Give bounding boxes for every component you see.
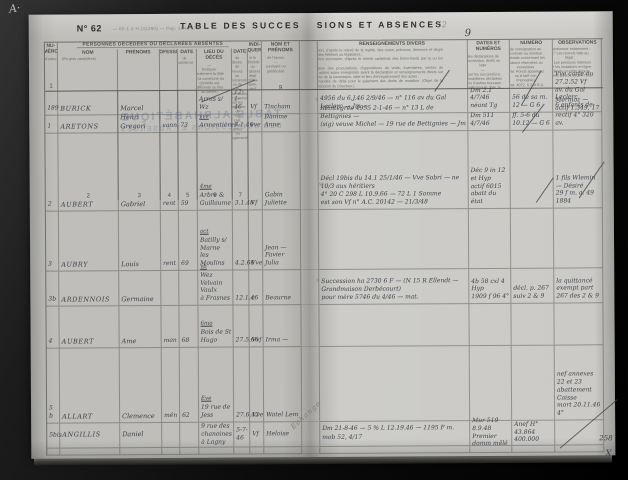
col-group-personnes-decedees: PERSONNES DÉCÉDÉES OU DÉCLARÉES ABSENTES…: [58, 41, 248, 90]
cell-renseignements: [320, 346, 470, 422]
cell-dates-numeros: Déc 9 in 12 et Hyp actif 6015 abatt du é…: [468, 131, 510, 209]
cell-date-naissance: [179, 271, 198, 306]
cell-nom: BURICK: [58, 91, 118, 115]
cell-renseignements: Succession ha 2730 6 F — (N 15 R Ellendt…: [319, 269, 469, 305]
cell-renseignements: Décl 19bis du 14.1 25/1/46 — Vve Sobri —…: [318, 131, 468, 210]
cell-epoux: Beaurne: [263, 270, 301, 305]
cell-epoux: Irma —: [263, 305, 301, 347]
cell-nom: ARETONS: [58, 115, 118, 133]
cell-observations: Mermoz — actif 1.349, 17 rectif 4° 320 a…: [553, 112, 602, 130]
cell-prenoms: Germaine: [119, 271, 161, 306]
cell-observations: nef annexes 22 et 23 abattement Caisse m…: [555, 345, 604, 420]
cell-date-deces: 12.1.46: [233, 270, 249, 305]
handwritten-nine-mark: 9: [465, 28, 471, 39]
col-header-numero-consignation: NUMÉRO de consignation au sommier ou men…: [510, 40, 553, 88]
cell-lieu-note: act: [200, 228, 231, 235]
table-row: 3b ARDENNOIS Germaine vb Wez Velvain Vau…: [46, 268, 604, 306]
cell-etat-civil: Vve: [250, 347, 264, 422]
cell-numero-ordre: 4: [46, 307, 59, 349]
cell-epoux: Gabin Juliette: [262, 132, 300, 210]
cell-numero-ordre: 5 b: [47, 349, 60, 424]
cell-profession: mén: [162, 348, 180, 423]
cell-numero-consignation: décl. p. 267 suiv 2 & 9: [511, 269, 554, 304]
cell-profession: [161, 271, 179, 306]
cell-gutter: [300, 114, 318, 132]
gutter-check-mark: x: [316, 277, 319, 284]
cell-observations: [555, 420, 604, 445]
cell-numero-consignation: ff. 5-6 du 10.12 — G 6: [510, 113, 553, 131]
cell-lieu-note: vve: [199, 114, 230, 121]
cell-numero-consignation: [511, 209, 554, 269]
cell-prenoms: Ame: [119, 306, 161, 348]
cell-numero-consignation: [512, 346, 555, 421]
col-header-epoux: NOM ET PRÉNOMS de l'époux — survivant ou…: [262, 41, 300, 89]
cell-etat-civil: Vve: [249, 210, 263, 270]
table-body: 189 BURICK Marcel Arras s/ Wz 12-1-46 Vf…: [45, 88, 605, 455]
cell-gutter: [301, 210, 319, 270]
cell-date-deces: 3.1.46: [232, 132, 248, 210]
table-row: 3 AUBRY Louis rent 69 act Batilly s/ Mar…: [46, 208, 604, 271]
cell-etat-civil: [250, 447, 264, 454]
cell-epoux: Tincham: [262, 90, 300, 114]
cell-numero-consignation: 56 de sa m. 12 — G 6: [510, 89, 553, 113]
table-header: NU- MÉRO d'ordre 1 PERSONNES DÉCÉDÉES OU…: [45, 39, 603, 91]
cell-lieu-deces: Eve 19 rue de Jess: [199, 348, 234, 423]
cell-numero-consignation: Anef H° 43.864 400.000: [512, 421, 555, 446]
cell-lieu-text: Bois de St Hugo: [201, 329, 232, 345]
col-header-renseignements: RENSEIGNEMENTS DIVERS 1° Désignation, d'…: [318, 40, 468, 89]
cell-renseignements: [319, 304, 469, 347]
cell-date-naissance: [180, 423, 199, 448]
table-row: 4 AUBERT Ame man 68 6mo Bois de St Hugo …: [46, 303, 604, 348]
cell-lieu-text: 19 rue de Jess: [201, 404, 232, 420]
cell-lieu-note: vb: [200, 263, 231, 270]
cell-lieu-deces: [199, 448, 234, 455]
cell-date-deces: 5-7-46: [234, 422, 250, 447]
cell-observations: [554, 303, 603, 345]
cell-numero-consignation: [511, 304, 554, 346]
cell-date-deces: [234, 447, 250, 454]
cell-gutter: [301, 305, 319, 347]
cell-date-deces: 27.5.66: [233, 305, 249, 347]
cell-prenoms: Daniel: [120, 423, 162, 448]
cell-lieu-text: Arbre & Guillaume: [200, 192, 231, 208]
cell-profession: rent: [160, 133, 178, 211]
cell-lieu-text: Arras s/ Wz: [199, 96, 230, 112]
cell-numero-ordre: 5bis: [47, 424, 60, 449]
cell-date-deces: 27.6.42: [234, 347, 250, 422]
cell-epoux: Jean — Favier Julia: [263, 210, 301, 270]
cell-lieu-deces: vb Wez Velvain Vaulx à Frasnes: [198, 271, 233, 306]
cell-dates-numeros: [470, 446, 512, 453]
corner-handwritten-mark: A·: [8, 1, 21, 15]
cell-dates-numeros: [469, 209, 511, 269]
cell-profession: rent: [161, 211, 179, 271]
register-number: N° 62: [77, 23, 102, 33]
cell-date-naissance: 73: [178, 115, 197, 133]
register-page: N° 62 — 60-1-2 H (41290) — Pap. 1944-170…: [29, 11, 616, 459]
cell-etat-civil: c: [249, 270, 263, 305]
cell-numero-ordre: 3: [46, 212, 59, 272]
col-header-dates-numeros: DATES ET NUMÉROS des déclarations de suc…: [468, 40, 510, 88]
table-row: 5bis ANGILLIS Daniel 9 rue des chanoines…: [47, 420, 605, 448]
cell-epoux: Watel Lem: [264, 347, 302, 422]
cell-dates-numeros: Mur 519 8.9.48 Premier domm mêlé: [470, 421, 512, 446]
cell-lieu-note: 4me: [200, 184, 231, 191]
cell-numero-ordre: 3b: [46, 272, 59, 307]
cell-lieu-text: 9 rue des chanoines à Lagny: [201, 423, 232, 447]
cell-profession: [162, 448, 180, 455]
cell-date-naissance: 69: [179, 211, 198, 271]
cell-nom: [60, 448, 120, 455]
cell-lieu-deces: act Batilly s/ Marne les Moulins: [198, 211, 233, 271]
cell-nom: AUBERT: [59, 306, 119, 348]
page-title-right: SIONS ET ABSENCES: [317, 19, 443, 30]
cell-etat-civil: Vf: [248, 132, 262, 210]
pencil-page-number: 52: [437, 20, 447, 29]
cell-nom: ALLART: [60, 348, 120, 423]
cell-prenoms: Henri Gregori: [118, 115, 160, 133]
cell-gutter: [302, 447, 320, 454]
cell-lieu-deces: 4me Arbre & Guillaume: [197, 133, 232, 211]
cell-date-deces: 4.2.66: [233, 210, 249, 270]
cell-observations: la quittancé exempt part 267 des 2 & 9: [554, 268, 603, 303]
cell-profession: [160, 91, 178, 115]
table-row: 2 AUBERT Gabriel rent 59 4me Arbre & Gui…: [45, 130, 603, 211]
cell-prenoms: [120, 448, 162, 455]
col-header-numero-ordre: NU- MÉRO d'ordre 1: [45, 43, 58, 91]
cell-date-naissance: 68: [179, 306, 198, 348]
scanned-register-spread: { "page": { "corner_mark": "A·", "regist…: [0, 0, 628, 480]
cell-dates-numeros: Dm 2.1 4/7/46 néant Tg: [468, 89, 510, 113]
cell-date-naissance: [180, 448, 199, 455]
cell-epoux: Damme Anne: [262, 114, 300, 132]
cell-prenoms: Marcel: [118, 91, 160, 115]
cell-profession: [162, 423, 180, 448]
cell-etat-civil: Vf: [248, 90, 262, 114]
cell-lieu-deces: 9 rue des chanoines à Lagny: [199, 423, 234, 448]
cell-epoux: [264, 447, 302, 454]
cell-lieu-note: Eve: [201, 396, 232, 403]
cell-dates-numeros: Dm 511 4/7/46: [468, 113, 510, 131]
cell-renseignements: [319, 209, 469, 270]
cell-observations: [554, 208, 603, 268]
cell-nom: ANGILLIS: [60, 423, 120, 448]
cell-dates-numeros: [469, 304, 511, 346]
cell-nom: AUBERT: [58, 133, 118, 211]
cell-etat-civil: Vvf: [249, 305, 263, 347]
cell-nom: ARDENNOIS: [59, 271, 119, 306]
cell-numero-ordre: [47, 449, 60, 456]
cell-lieu-deces: vve Armentières: [197, 115, 232, 133]
cell-prenoms: Clemence: [120, 348, 162, 423]
cell-date-naissance: [178, 91, 197, 115]
succession-table: NU- MÉRO d'ordre 1 PERSONNES DÉCÉDÉES OU…: [44, 38, 606, 455]
cell-dates-numeros: 4b 58 cxl 4 Hyp 1909 f 96 4°: [469, 269, 511, 304]
cell-numero-consignation: [512, 446, 555, 453]
cell-prenoms: Gabriel: [118, 133, 160, 211]
cell-numero-ordre: 189: [45, 92, 58, 116]
cell-profession: man: [161, 306, 179, 348]
cell-etat-civil: Vf: [250, 422, 264, 447]
cell-gutter: [302, 422, 320, 447]
cell-lieu-deces: 6mo Bois de St Hugo: [198, 306, 233, 348]
cell-dates-numeros: [470, 346, 512, 421]
page-title-left: TABLE DES SUCCES: [139, 20, 301, 31]
cell-numero-ordre: 1: [45, 116, 58, 134]
cell-date-naissance: 62: [180, 348, 199, 423]
gutter-check-mark: x: [319, 181, 322, 188]
cell-etat-civil: vve: [248, 114, 262, 132]
cell-prenoms: Louis: [119, 211, 161, 271]
cell-lieu-text: Armentières: [199, 122, 230, 130]
page-gutter: [300, 41, 318, 89]
margin-cross-mark: X: [605, 449, 611, 459]
cell-lieu-text: Wez Velvain Vaulx à Frasnes: [200, 271, 231, 302]
cell-numero-ordre: 2: [45, 134, 58, 212]
cell-renseignements: Dm 21-8-46 — 5 % L 12.19.46 — 1195 F m. …: [320, 421, 470, 447]
cell-profession: vann: [160, 115, 178, 133]
cell-date-naissance: 59: [178, 133, 197, 211]
table-row: 5 b ALLART Clemence mén 62 Eve 19 rue de…: [47, 345, 605, 423]
cell-nom: AUBRY: [59, 211, 119, 271]
margin-number: 258: [599, 434, 612, 442]
cell-gutter: [300, 132, 318, 210]
cell-renseignements: [320, 446, 470, 454]
gutter-check-mark: x: [315, 96, 318, 103]
cell-lieu-note: 6mo: [201, 321, 232, 328]
cell-gutter: [301, 270, 319, 305]
cell-numero-consignation: [510, 131, 553, 209]
cell-renseignements: Réintégrée 4955 2-1-46 — n° 13 L de Bett…: [318, 113, 468, 132]
